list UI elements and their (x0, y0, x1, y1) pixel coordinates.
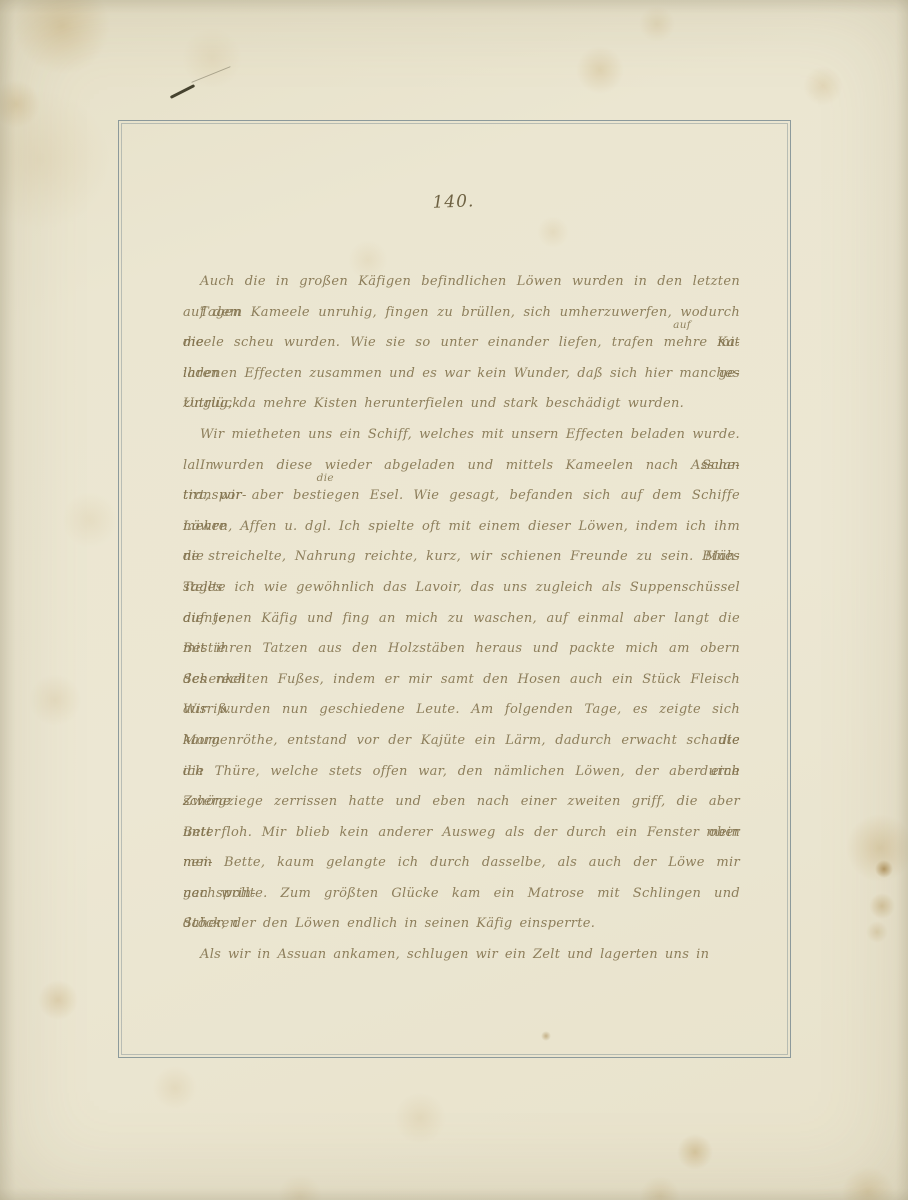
manuscript-line: tirt, wir aber bestiegen Esel. Wie gesag… (183, 481, 740, 512)
manuscript-line: Wir wurden nun geschiedene Leute. Am fol… (183, 695, 740, 726)
ink-scratch-hairline (191, 66, 230, 83)
interlinear-insertion: die (317, 472, 334, 484)
manuscript-line: mit ihren Tatzen aus den Holzstäben hera… (183, 634, 740, 665)
text-block: Auch die in großen Käfigen befindlichen … (183, 267, 740, 971)
manuscript-line: nem Bette, kaum gelangte ich durch dasse… (183, 848, 740, 879)
manuscript-line: Löwen, Affen u. dgl. Ich spielte oft mit… (183, 512, 740, 543)
manuscript-line: meele scheu wurden. Wie sie so unter ein… (183, 328, 740, 359)
manuscript-line: auf jenen Käfig und fing an mich zu wasc… (183, 604, 740, 635)
manuscript-line: ne streichelte, Nahrung reichte, kurz, w… (183, 542, 740, 573)
manuscript-scan: 140. Auch die in großen Käfigen befindli… (0, 0, 908, 1200)
manuscript-line: Als wir in Assuan ankamen, schlugen wir … (183, 940, 740, 971)
manuscript-line: des rechten Fußes, indem er mir samt den… (183, 665, 740, 696)
manuscript-line: Auch die in großen Käfigen befindlichen … (183, 267, 740, 298)
manuscript-line: Wir mietheten uns ein Schiff, welches mi… (183, 420, 740, 451)
manuscript-line: gen wollte. Zum größten Glücke kam ein M… (183, 879, 740, 910)
manuscript-line: lal wurden diese wieder abgeladen und mi… (183, 451, 740, 482)
manuscript-line: zutrug, da mehre Kisten herunterfielen u… (183, 389, 740, 420)
interlinear-insertion: auf (673, 319, 691, 331)
manuscript-line: die Thüre, welche stets offen war, den n… (183, 757, 740, 788)
manuscript-line: Bett floh. Mir blieb kein anderer Ausweg… (183, 818, 740, 849)
ink-scratch-mark (170, 84, 195, 99)
manuscript-line: ladenen Effecten zusammen und es war kei… (183, 359, 740, 390)
manuscript-line: Zwergziege zerrissen hatte und eben nach… (183, 787, 740, 818)
manuscript-line: daher, der den Löwen endlich in seinen K… (183, 909, 740, 940)
manuscript-line: auf dem Kameele unruhig, fingen zu brüll… (183, 298, 740, 329)
manuscript-line: stellte ich wie gewöhnlich das Lavoir, d… (183, 573, 740, 604)
manuscript-line: Morgenröthe, entstand vor der Kajüte ein… (183, 726, 740, 757)
